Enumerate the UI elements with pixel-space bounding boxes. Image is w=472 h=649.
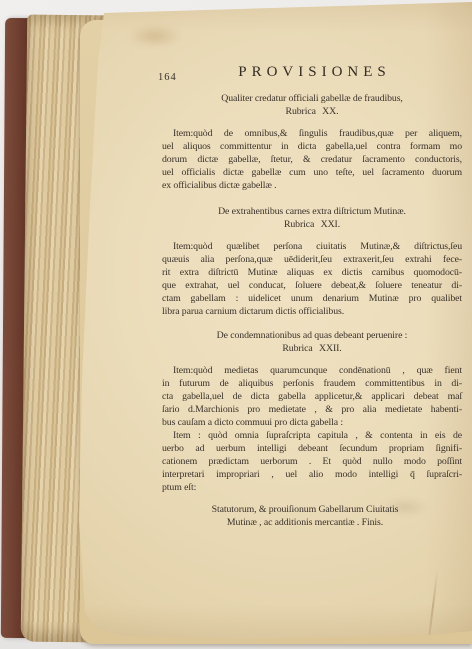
section-title: De condemnationibus ad quas debeant peru… <box>162 329 462 342</box>
text-line: bus cauſam a dicto commuui pro dicta gab… <box>162 416 462 429</box>
text-line: libra parua carnium dictarum dictis offi… <box>162 305 462 318</box>
text-line: que extrahat, uel conducat, ſoluere debe… <box>162 279 462 292</box>
colophon: Statutorum, & prouiſionum Gabellarum Ciu… <box>162 503 462 529</box>
section-rubric: Rubrica XX. <box>162 105 462 118</box>
text-line: interpretari impropriari , uel alio modo… <box>162 468 462 481</box>
text-line: quæuis alia perſona,quæ uēdiderit,ſeu ex… <box>162 253 462 266</box>
text-line: dorum dictæ gabellæ, ſtetur, & credatur … <box>162 153 462 166</box>
text-line: uerbo ad uerbum intelligi debeant ſecund… <box>162 442 462 455</box>
text-line: Item:quòd quælibet perſona ciuitatis Mut… <box>162 240 462 253</box>
text-line: Item:quòd de omnibus,& ſingulis fraudibu… <box>162 127 462 140</box>
book-photo: 164 PROVISIONES Qualiter credatur offici… <box>0 0 472 649</box>
text-line: cationem prædictam uerborum . Et quòd nu… <box>162 455 462 468</box>
text-line: ſario d.Marchionis pro medietate , & pro… <box>162 403 462 416</box>
section-title: Qualiter credatur officiali gabellæ de f… <box>162 92 462 105</box>
page-header: 164 PROVISIONES <box>162 66 462 88</box>
section-rubric: Rubrica XXII. <box>162 342 462 355</box>
text-line: uel officialis dictæ gabellæ cum uno teſ… <box>162 166 462 179</box>
section-heading: De condemnationibus ad quas debeant peru… <box>162 329 462 355</box>
page-number: 164 <box>158 71 177 84</box>
text-line: ctam gabellam : uidelicet unum denarium … <box>162 292 462 305</box>
colophon-line: Mutinæ , ac additionis mercantiæ . Finis… <box>162 516 448 529</box>
text-line: cta gabella,uel de dicta gabella applice… <box>162 390 462 403</box>
text-line: ptum eſt: <box>162 481 462 494</box>
section-title: De extrahentibus carnes extra diſtrictum… <box>162 205 462 218</box>
paragraph: Item:quòd medietas quarumcunque condēnat… <box>162 364 462 429</box>
page-crease <box>427 569 438 643</box>
text-line: rit extra diſtrictū Mutinæ aliquas ex di… <box>162 266 462 279</box>
paragraph: Item : quòd omnia ſupraſcripta capitula … <box>162 429 462 494</box>
text-line: uel aliquos committentur in dicta gabell… <box>162 140 462 153</box>
paragraph: Item:quòd quælibet perſona ciuitatis Mut… <box>162 240 462 318</box>
paragraph: Item:quòd de omnibus,& ſingulis fraudibu… <box>162 127 462 192</box>
section-rubric: Rubrica XXI. <box>162 218 462 231</box>
section-heading: Qualiter credatur officiali gabellæ de f… <box>162 92 462 118</box>
colophon-line: Statutorum, & prouiſionum Gabellarum Ciu… <box>162 503 448 516</box>
running-title: PROVISIONES <box>162 66 462 79</box>
text-block: 164 PROVISIONES Qualiter credatur offici… <box>162 66 462 529</box>
text-line: Item:quòd medietas quarumcunque condēnat… <box>162 364 462 377</box>
text-line: in futurum de aliquibus perſonis fraudem… <box>162 377 462 390</box>
section-heading: De extrahentibus carnes extra diſtrictum… <box>162 205 462 231</box>
text-line: ex officialibus dictæ gabellæ . <box>162 179 462 192</box>
paper-stain <box>116 20 194 52</box>
text-line: Item : quòd omnia ſupraſcripta capitula … <box>162 429 462 442</box>
